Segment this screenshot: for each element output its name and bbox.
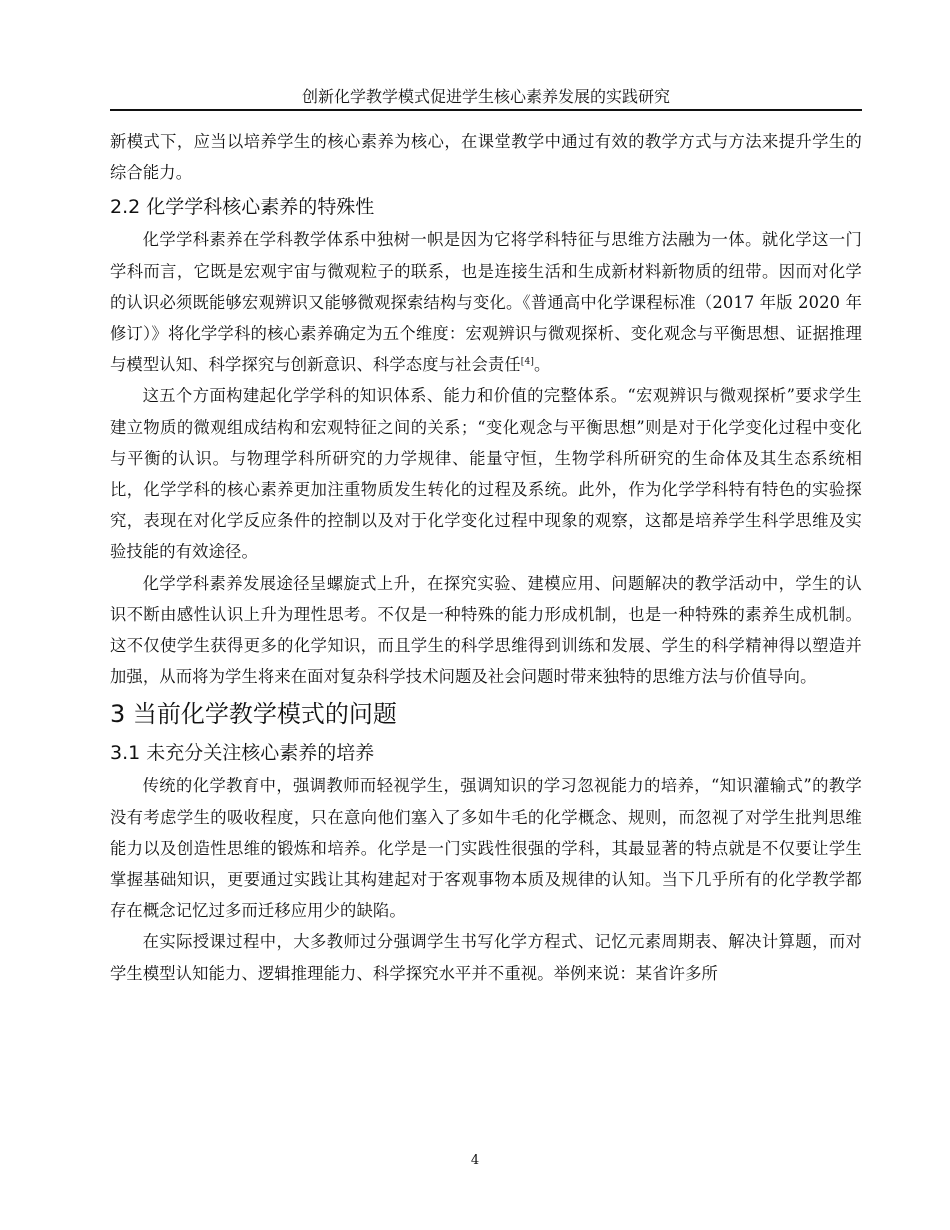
page-number: 4	[0, 1153, 950, 1168]
paragraph-continued: 新模式下，应当以培养学生的核心素养为核心，在课堂教学中通过有效的教学方式与方法来…	[110, 126, 862, 188]
section-heading-3: 3 当前化学教学模式的问题	[110, 694, 862, 734]
paragraph: 在实际授课过程中，大多教师过分强调学生书写化学方程式、记忆元素周期表、解决计算题…	[110, 926, 862, 988]
paragraph-end: 。	[534, 355, 550, 374]
header-rule	[110, 109, 862, 111]
running-header: 创新化学教学模式促进学生核心素养发展的实践研究	[110, 86, 862, 108]
section-heading-2-2: 2.2 化学学科核心素养的特殊性	[110, 190, 862, 224]
section-heading-3-1: 3.1 未充分关注核心素养的培养	[110, 736, 862, 770]
paragraph-text: 化学学科素养在学科教学体系中独树一帜是因为它将学科特征与思维方法融为一体。就化学…	[110, 230, 862, 374]
citation-ref[interactable]: [4]	[521, 357, 534, 367]
paragraph: 化学学科素养在学科教学体系中独树一帜是因为它将学科特征与思维方法融为一体。就化学…	[110, 224, 862, 380]
paragraph: 化学学科素养发展途径呈螺旋式上升，在探究实验、建模应用、问题解决的教学活动中，学…	[110, 568, 862, 693]
paragraph: 这五个方面构建起化学学科的知识体系、能力和价值的完整体系。“宏观辨识与微观探析”…	[110, 380, 862, 567]
paragraph: 传统的化学教育中，强调教师而轻视学生，强调知识的学习忽视能力的培养，“知识灌输式…	[110, 770, 862, 926]
page-body: 新模式下，应当以培养学生的核心素养为核心，在课堂教学中通过有效的教学方式与方法来…	[110, 126, 862, 989]
